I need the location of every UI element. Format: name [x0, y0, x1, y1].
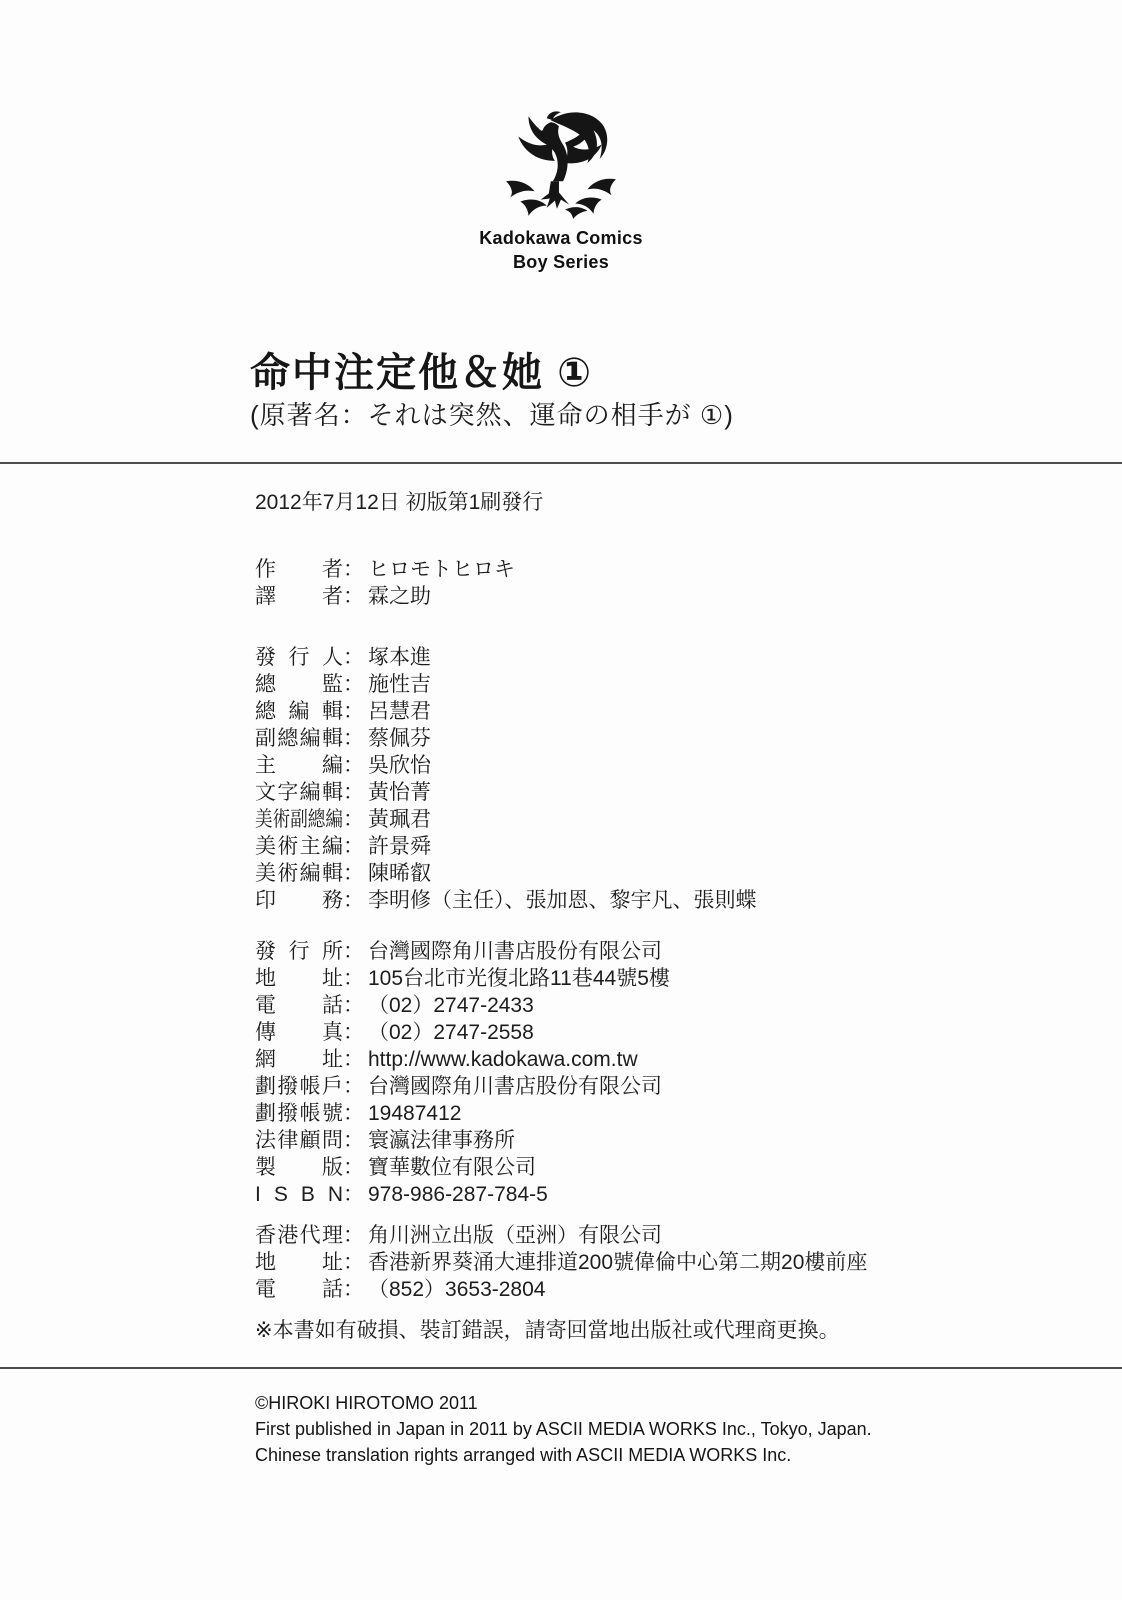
- field-colon: ：: [343, 752, 364, 779]
- field-label: 電話: [255, 992, 343, 1019]
- colophon-row: 劃撥帳號：19487412: [255, 1100, 935, 1127]
- colophon-row: 印務：李明修（主任）、張加恩、黎宇凡、張則蝶: [255, 887, 935, 914]
- field-colon: ：: [343, 698, 364, 725]
- original-title-note: (原著名：それは突然、運命の相手が ①): [250, 399, 734, 431]
- field-colon: ：: [343, 938, 364, 965]
- author-group: 作者：ヒロモトヒロキ譯者：霖之助: [255, 556, 935, 610]
- colophon-row: 譯者：霖之助: [255, 583, 935, 610]
- field-label: ISBN: [255, 1181, 343, 1208]
- field-value: 角川洲立出版（亞洲）有限公司: [364, 1222, 662, 1249]
- colophon-row: 美術副總編：黃珮君: [255, 806, 935, 833]
- colophon-row: 副總編輯：蔡佩芬: [255, 725, 935, 752]
- field-value: 台灣國際角川書店股份有限公司: [364, 1073, 662, 1100]
- field-value: 施性吉: [364, 671, 431, 698]
- field-label: 印務: [255, 887, 343, 914]
- staff-group: 發行人：塚本進總監：施性吉總編輯：呂慧君副總編輯：蔡佩芬主編：吳欣怡文字編輯：黃…: [255, 644, 935, 914]
- field-value: 寶華數位有限公司: [364, 1154, 536, 1181]
- colophon-row: 美術主編：許景舜: [255, 833, 935, 860]
- colophon-row: 劃撥帳戶：台灣國際角川書店股份有限公司: [255, 1073, 935, 1100]
- field-value: ヒロモトヒロキ: [364, 556, 515, 583]
- field-label: 網址: [255, 1046, 343, 1073]
- field-colon: ：: [343, 556, 364, 583]
- field-label: 劃撥帳號: [255, 1100, 343, 1127]
- field-colon: ：: [343, 1046, 364, 1073]
- field-value: 105台北市光復北路11巷44號5樓: [364, 965, 670, 992]
- field-label: 文字編輯: [255, 779, 343, 806]
- field-label: 美術副總編: [255, 806, 343, 833]
- copyright-line-3: Chinese translation rights arranged with…: [255, 1442, 872, 1468]
- field-value: 霖之助: [364, 583, 431, 610]
- field-value: 陳晞叡: [364, 860, 431, 887]
- field-colon: ：: [343, 1154, 364, 1181]
- field-label: 總監: [255, 671, 343, 698]
- title-block: 命中注定他＆她 ① (原著名：それは突然、運命の相手が ①): [250, 350, 734, 431]
- colophon-row: 發行所：台灣國際角川書店股份有限公司: [255, 938, 935, 965]
- field-label: 電話: [255, 1276, 343, 1303]
- field-colon: ：: [343, 1249, 364, 1276]
- field-value: 李明修（主任）、張加恩、黎宇凡、張則蝶: [364, 887, 757, 914]
- colophon-row: 作者：ヒロモトヒロキ: [255, 556, 935, 583]
- field-colon: ：: [343, 1019, 364, 1046]
- field-label: 譯者: [255, 583, 343, 610]
- copyright-block: ©HIROKI HIROTOMO 2011 First published in…: [255, 1390, 872, 1468]
- damage-replacement-notice: ※本書如有破損、裝訂錯誤，請寄回當地出版社或代理商更換。: [255, 1317, 935, 1344]
- colophon-row: 主編：吳欣怡: [255, 752, 935, 779]
- field-colon: ：: [343, 887, 364, 914]
- field-colon: ：: [343, 583, 364, 610]
- edition-date: 2012年7月12日 初版第1刷發行: [255, 489, 935, 516]
- field-colon: ：: [343, 1181, 364, 1208]
- field-label: 劃撥帳戶: [255, 1073, 343, 1100]
- field-colon: ：: [343, 1073, 364, 1100]
- field-value: （02）2747-2433: [364, 992, 534, 1019]
- field-colon: ：: [343, 779, 364, 806]
- colophon-row: 文字編輯：黃怡菁: [255, 779, 935, 806]
- field-value: 台灣國際角川書店股份有限公司: [364, 938, 662, 965]
- colophon-page: Kadokawa Comics Boy Series 命中注定他＆她 ① (原著…: [0, 0, 1122, 1600]
- field-colon: ：: [343, 806, 364, 833]
- colophon-row: 總編輯：呂慧君: [255, 698, 935, 725]
- field-label: 地址: [255, 1249, 343, 1276]
- field-value: 黃珮君: [364, 806, 431, 833]
- hongkong-agent-group: 香港代理：角川洲立出版（亞洲）有限公司地址：香港新界葵涌大連排道200號偉倫中心…: [255, 1222, 935, 1303]
- field-label: 總編輯: [255, 698, 343, 725]
- field-colon: ：: [343, 1222, 364, 1249]
- colophon-row: 網址：http://www.kadokawa.com.tw: [255, 1046, 935, 1073]
- field-colon: ：: [343, 860, 364, 887]
- colophon-row: 香港代理：角川洲立出版（亞洲）有限公司: [255, 1222, 935, 1249]
- colophon-row: 電話：（02）2747-2433: [255, 992, 935, 1019]
- colophon-row: ISBN：978-986-287-784-5: [255, 1181, 935, 1208]
- field-label: 地址: [255, 965, 343, 992]
- field-value: （852）3653-2804: [364, 1276, 545, 1303]
- field-label: 香港代理: [255, 1222, 343, 1249]
- field-colon: ：: [343, 965, 364, 992]
- colophon-row: 美術編輯：陳晞叡: [255, 860, 935, 887]
- divider-bottom: [0, 1367, 1122, 1369]
- field-value: 19487412: [364, 1100, 461, 1127]
- field-label: 製版: [255, 1154, 343, 1181]
- field-label: 主編: [255, 752, 343, 779]
- field-value: 香港新界葵涌大連排道200號偉倫中心第二期20樓前座: [364, 1249, 867, 1276]
- field-label: 副總編輯: [255, 725, 343, 752]
- field-colon: ：: [343, 1276, 364, 1303]
- field-label: 發行所: [255, 938, 343, 965]
- field-value: 蔡佩芬: [364, 725, 431, 752]
- field-value: （02）2747-2558: [364, 1019, 534, 1046]
- field-colon: ：: [343, 725, 364, 752]
- colophon-row: 地址：香港新界葵涌大連排道200號偉倫中心第二期20樓前座: [255, 1249, 935, 1276]
- field-label: 作者: [255, 556, 343, 583]
- colophon-row: 傳真：（02）2747-2558: [255, 1019, 935, 1046]
- colophon-row: 地址：105台北市光復北路11巷44號5樓: [255, 965, 935, 992]
- field-colon: ：: [343, 1100, 364, 1127]
- field-colon: ：: [343, 833, 364, 860]
- colophon-row: 發行人：塚本進: [255, 644, 935, 671]
- book-title: 命中注定他＆她 ①: [250, 350, 734, 396]
- field-label: 美術主編: [255, 833, 343, 860]
- field-value: 吳欣怡: [364, 752, 431, 779]
- logo-series-line1: Kadokawa Comics: [0, 226, 1122, 250]
- field-value: http://www.kadokawa.com.tw: [364, 1046, 638, 1073]
- colophon-row: 電話：（852）3653-2804: [255, 1276, 935, 1303]
- publisher-logo-block: Kadokawa Comics Boy Series: [0, 108, 1122, 274]
- colophon-body: 2012年7月12日 初版第1刷發行 作者：ヒロモトヒロキ譯者：霖之助 發行人：…: [255, 465, 935, 1344]
- field-value: 寰瀛法律事務所: [364, 1127, 515, 1154]
- field-value: 呂慧君: [364, 698, 431, 725]
- field-label: 法律顧問: [255, 1127, 343, 1154]
- field-colon: ：: [343, 992, 364, 1019]
- field-label: 美術編輯: [255, 860, 343, 887]
- phoenix-icon: [500, 108, 622, 222]
- colophon-row: 總監：施性吉: [255, 671, 935, 698]
- field-value: 許景舜: [364, 833, 431, 860]
- field-value: 978-986-287-784-5: [364, 1181, 548, 1208]
- colophon-row: 製版：寶華數位有限公司: [255, 1154, 935, 1181]
- field-label: 發行人: [255, 644, 343, 671]
- field-value: 塚本進: [364, 644, 431, 671]
- field-value: 黃怡菁: [364, 779, 431, 806]
- field-colon: ：: [343, 1127, 364, 1154]
- divider-top: [0, 462, 1122, 464]
- colophon-row: 法律顧問：寰瀛法律事務所: [255, 1127, 935, 1154]
- copyright-line-2: First published in Japan in 2011 by ASCI…: [255, 1416, 872, 1442]
- publisher-group: 發行所：台灣國際角川書店股份有限公司地址：105台北市光復北路11巷44號5樓電…: [255, 938, 935, 1208]
- logo-series-line2: Boy Series: [0, 250, 1122, 274]
- field-colon: ：: [343, 671, 364, 698]
- field-colon: ：: [343, 644, 364, 671]
- copyright-line-1: ©HIROKI HIROTOMO 2011: [255, 1390, 872, 1416]
- field-label: 傳真: [255, 1019, 343, 1046]
